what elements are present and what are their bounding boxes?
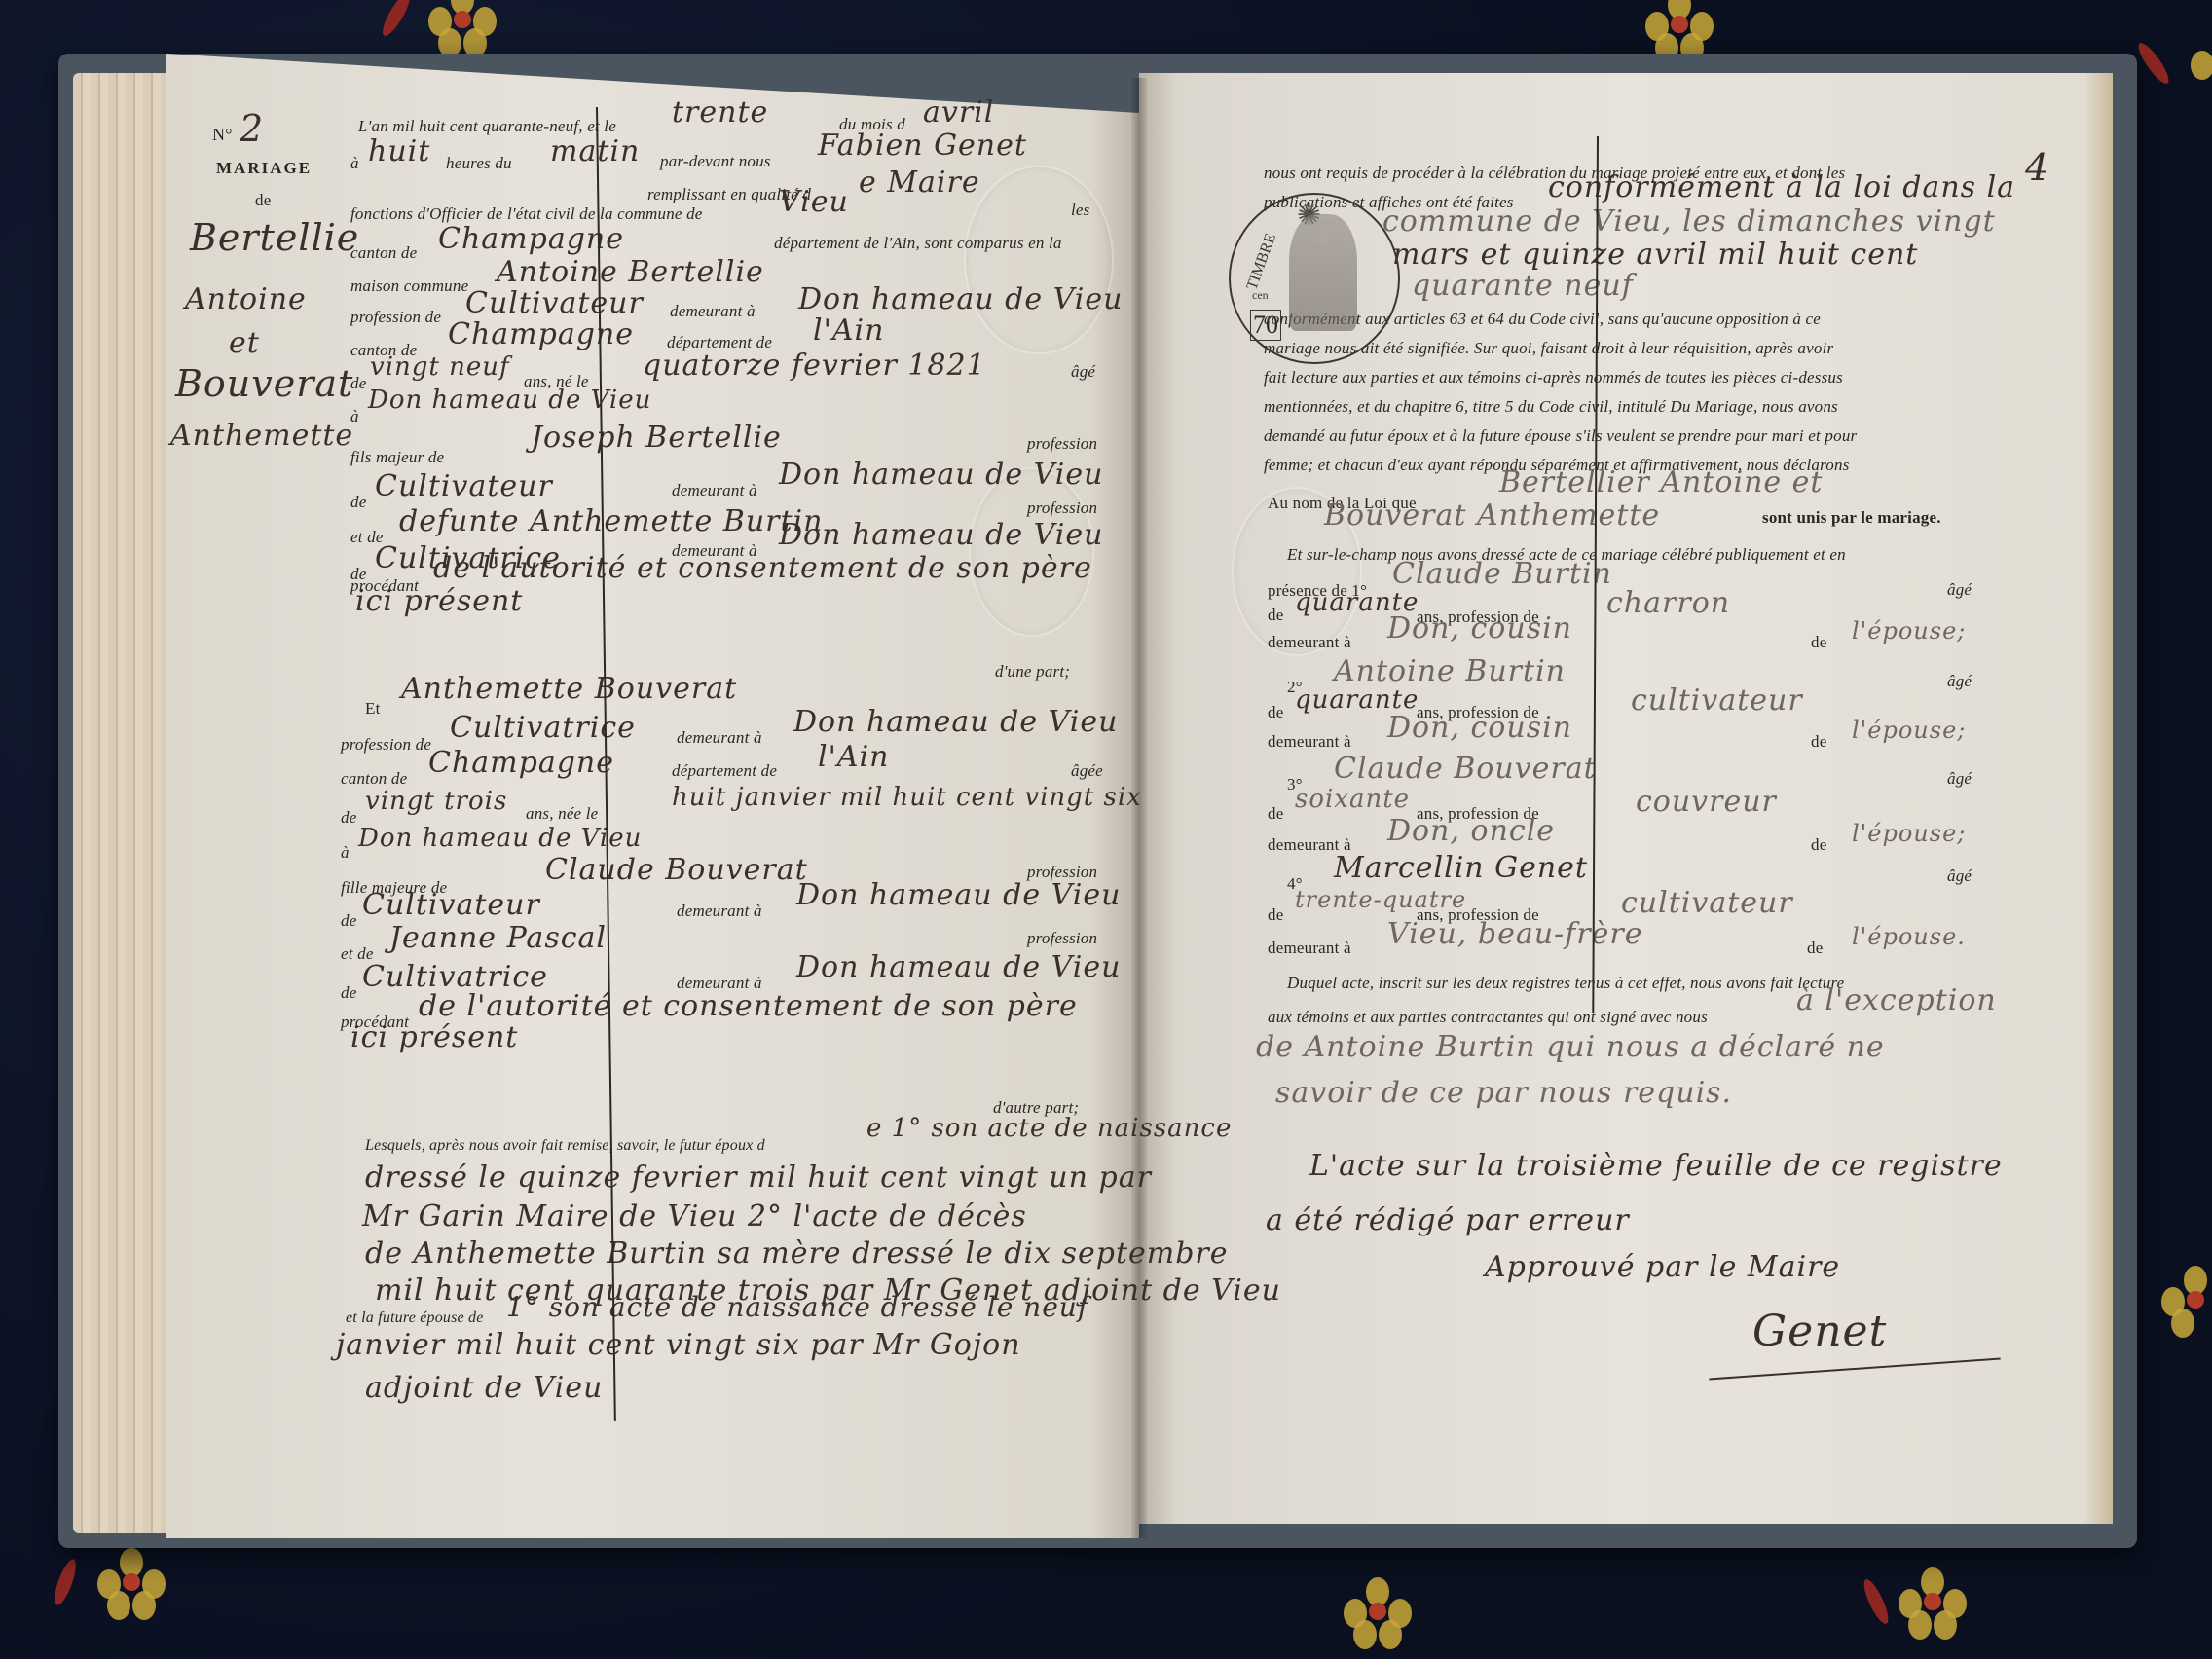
print-text: Lesquels, après nous avoir fait remise, … bbox=[365, 1137, 765, 1155]
print-text: mentionnées, et du chapitre 6, titre 5 d… bbox=[1264, 397, 1838, 417]
print-text: demeurant à bbox=[677, 728, 762, 748]
handwritten-documents: dressé le quinze fevrier mil huit cent v… bbox=[365, 1161, 1152, 1195]
handwritten-residence: Don hameau de Vieu bbox=[779, 518, 1103, 552]
handwritten-birth-date: huit janvier mil huit cent vingt six bbox=[672, 783, 1142, 812]
handwritten-consent: de l'autorité et consentement de son pèr… bbox=[419, 989, 1078, 1023]
handwritten-profession: Cultivatrice bbox=[450, 711, 636, 745]
handwritten-groom-name: Antoine Bertellie bbox=[497, 255, 764, 289]
handwritten-residence: Don hameau de Vieu bbox=[779, 458, 1103, 492]
print-text: de bbox=[1807, 939, 1823, 958]
handwritten-father-name: Joseph Bertellie bbox=[531, 421, 782, 455]
handwritten-residence: Don hameau de Vieu bbox=[796, 878, 1121, 912]
print-text: demeurant à bbox=[677, 902, 762, 921]
stamp-unit: cen bbox=[1252, 288, 1269, 303]
handwritten-birth-date: quatorze fevrier 1821 bbox=[643, 349, 986, 383]
embroidered-flower-decoration bbox=[1899, 1567, 1967, 1636]
print-text: d'une part; bbox=[995, 662, 1070, 682]
act-type-heading: MARIAGE bbox=[216, 159, 312, 178]
handwritten-birthplace: Don hameau de Vieu bbox=[368, 386, 651, 415]
handwritten-age: vingt neuf bbox=[370, 352, 510, 382]
print-text: de bbox=[341, 983, 356, 1003]
seated-justice-figure-icon bbox=[1289, 214, 1357, 331]
handwritten-groom-name: Bertellier Antoine et bbox=[1499, 465, 1823, 499]
handwritten-month: avril bbox=[923, 95, 994, 129]
handwritten-witness-name: Claude Burtin bbox=[1392, 557, 1612, 591]
margin-groom-surname: Bertellie bbox=[190, 216, 359, 259]
handwritten-publications: quarante neuf bbox=[1412, 269, 1634, 303]
handwritten-witness-residence: Don, oncle bbox=[1387, 814, 1555, 848]
print-text: sont unis par le mariage. bbox=[1762, 508, 1941, 528]
handwritten-publications: mars et quinze avril mil huit cent bbox=[1392, 238, 1918, 272]
embroidered-flower-decoration bbox=[2161, 1266, 2212, 1334]
print-text: par-devant nous bbox=[660, 152, 771, 171]
handwritten-canton: Champagne bbox=[438, 222, 624, 256]
page-number: 4 bbox=[2025, 146, 2049, 189]
embroidered-flower-decoration bbox=[1344, 1577, 1412, 1645]
handwritten-relation: l'épouse; bbox=[1852, 717, 1966, 744]
print-text: de bbox=[1268, 703, 1283, 722]
act-number: 2 bbox=[240, 107, 264, 150]
print-text: département de bbox=[672, 761, 777, 781]
print-text: âgé bbox=[1947, 769, 1972, 789]
handwritten-publications: conformément à la loi dans la bbox=[1548, 170, 2015, 204]
handwritten-witness-name: Marcellin Genet bbox=[1334, 851, 1588, 885]
print-text: L'an mil huit cent quarante-neuf, et le bbox=[358, 117, 616, 136]
handwritten-witness-name: Antoine Burtin bbox=[1334, 654, 1566, 688]
handwritten-correction-note: a été rédigé par erreur bbox=[1266, 1203, 1630, 1237]
print-text: canton de bbox=[350, 243, 417, 263]
print-text: département de l'Ain, sont comparus en l… bbox=[774, 234, 1062, 253]
print-text: de bbox=[341, 808, 356, 828]
embroidered-flower-decoration bbox=[2191, 29, 2212, 97]
print-text: demeurant à bbox=[670, 302, 756, 321]
print-text: profession bbox=[1027, 498, 1097, 518]
print-text: à bbox=[341, 843, 350, 863]
handwritten-documents: 1° son acte de naissance dressé le neuf bbox=[506, 1291, 1088, 1323]
handwritten-hour: huit bbox=[368, 134, 430, 168]
handwritten-profession: Cultivateur bbox=[465, 286, 644, 320]
handwritten-birthplace: Don hameau de Vieu bbox=[358, 824, 642, 853]
margin-de: de bbox=[255, 191, 271, 210]
handwritten-department: l'Ain bbox=[818, 740, 889, 774]
handwritten-witness-profession: couvreur bbox=[1636, 785, 1777, 819]
handwritten-time: matin bbox=[550, 134, 640, 168]
handwritten-bride-name: Anthemette Bouverat bbox=[401, 672, 737, 706]
print-text: les bbox=[1071, 201, 1089, 220]
handwritten-documents: adjoint de Vieu bbox=[365, 1371, 603, 1405]
handwritten-profession: Cultivateur bbox=[362, 888, 540, 922]
margin-groom-given: Antoine bbox=[185, 282, 307, 316]
handwritten-residence: Don hameau de Vieu bbox=[796, 950, 1121, 984]
handwritten-present: ici présent bbox=[350, 1020, 518, 1054]
print-text: demandé au futur époux et à la future ép… bbox=[1264, 426, 1857, 446]
print-text: de bbox=[1268, 905, 1283, 925]
tax-stamp: ✺ TIMBRE cen 70 bbox=[1229, 193, 1400, 364]
print-text: et la future épouse de bbox=[346, 1309, 484, 1327]
stamp-value: 70 bbox=[1250, 310, 1281, 341]
mayor-signature: Genet bbox=[1752, 1307, 1887, 1356]
print-text: Et bbox=[365, 699, 381, 719]
handwritten-documents: janvier mil huit cent vingt six par Mr G… bbox=[336, 1328, 1021, 1362]
print-text: ans, née le bbox=[526, 804, 598, 824]
handwritten-age: vingt trois bbox=[365, 787, 507, 816]
handwritten-exception: de Antoine Burtin qui nous a déclaré ne bbox=[1256, 1030, 1885, 1064]
handwritten-residence: Don hameau de Vieu bbox=[793, 705, 1118, 739]
print-text: de bbox=[341, 911, 356, 931]
print-text: canton de bbox=[341, 769, 407, 789]
embossed-seal bbox=[964, 166, 1114, 354]
handwritten-witness-name: Claude Bouverat bbox=[1334, 752, 1597, 786]
print-text: de bbox=[1811, 835, 1826, 855]
handwritten-witness-age: soixante bbox=[1295, 785, 1410, 814]
handwritten-correction-note: L'acte sur la troisième feuille de ce re… bbox=[1309, 1149, 2003, 1183]
print-text: de bbox=[1268, 606, 1283, 625]
print-text: maison commune bbox=[350, 276, 468, 296]
handwritten-residence: Don hameau de Vieu bbox=[798, 282, 1123, 316]
handwritten-relation: l'épouse; bbox=[1852, 617, 1966, 645]
handwritten-officer-name: Fabien Genet bbox=[818, 129, 1027, 163]
handwritten-title: e Maire bbox=[859, 166, 980, 200]
print-text: profession de bbox=[350, 308, 441, 327]
handwritten-relation: l'épouse; bbox=[1852, 820, 1966, 847]
print-text: demeurant à bbox=[1268, 633, 1351, 652]
print-text: demeurant à bbox=[1268, 732, 1351, 752]
handwritten-department: l'Ain bbox=[813, 313, 884, 348]
handwritten-documents: e 1° son acte de naissance bbox=[866, 1114, 1232, 1143]
print-text: demeurant à bbox=[672, 481, 757, 500]
margin-bride-surname: Bouverat bbox=[175, 362, 353, 405]
embroidered-flower-decoration bbox=[1645, 0, 1714, 58]
handwritten-day: trente bbox=[672, 95, 768, 129]
handwritten-publications: commune de Vieu, les dimanches vingt bbox=[1382, 204, 1996, 239]
handwritten-documents: de Anthemette Burtin sa mère dressé le d… bbox=[365, 1236, 1229, 1271]
handwritten-witness-profession: cultivateur bbox=[1631, 683, 1803, 718]
handwritten-bride-name: Bouverat Anthemette bbox=[1324, 498, 1660, 533]
print-text: profession bbox=[1027, 929, 1097, 948]
margin-bride-given: Anthemette bbox=[170, 419, 353, 453]
handwritten-exception: savoir de ce par nous requis. bbox=[1275, 1076, 1732, 1110]
handwritten-consent: de l'autorité et consentement de son pèr… bbox=[433, 551, 1092, 585]
handwritten-commune: Vieu bbox=[779, 185, 849, 219]
print-text: âgé bbox=[1947, 580, 1972, 600]
print-text: demeurant à bbox=[1268, 939, 1351, 958]
print-text: de bbox=[350, 374, 366, 393]
handwritten-witness-profession: charron bbox=[1606, 586, 1730, 620]
print-text: fonctions d'Officier de l'état civil de … bbox=[350, 204, 703, 224]
print-text: âgé bbox=[1071, 362, 1095, 382]
handwritten-father-name: Claude Bouverat bbox=[545, 853, 808, 887]
print-text: de bbox=[1811, 732, 1826, 752]
print-text: à bbox=[350, 407, 359, 426]
print-text: profession bbox=[1027, 434, 1097, 454]
print-text: fait lecture aux parties et aux témoins … bbox=[1264, 368, 1843, 387]
embroidered-flower-decoration bbox=[97, 1548, 166, 1616]
handwritten-present: ici présent bbox=[355, 584, 523, 618]
handwritten-approval: Approuvé par le Maire bbox=[1485, 1250, 1840, 1284]
handwritten-profession: Cultivateur bbox=[375, 469, 553, 503]
handwritten-documents: Mr Garin Maire de Vieu 2° l'acte de décè… bbox=[362, 1199, 1027, 1234]
print-text: de bbox=[350, 493, 366, 512]
page-edges bbox=[73, 73, 180, 1533]
margin-et: et bbox=[229, 326, 260, 360]
print-text: à bbox=[350, 154, 359, 173]
handwritten-witness-residence: Don, cousin bbox=[1387, 711, 1572, 745]
print-text: âgé bbox=[1947, 672, 1972, 691]
act-number-label: N° bbox=[212, 125, 233, 145]
print-text: aux témoins et aux parties contractantes… bbox=[1268, 1008, 1708, 1027]
handwritten-witness-residence: Don, cousin bbox=[1387, 611, 1572, 645]
handwritten-relation: l'épouse. bbox=[1852, 923, 1966, 950]
handwritten-canton: Champagne bbox=[448, 317, 634, 351]
stamp-label: TIMBRE bbox=[1243, 232, 1280, 293]
print-text: heures du bbox=[446, 154, 512, 173]
handwritten-mother-name: Jeanne Pascal bbox=[389, 921, 607, 955]
print-text: fils majeur de bbox=[350, 448, 444, 467]
print-text: âgée bbox=[1071, 761, 1103, 781]
print-text: Duquel acte, inscrit sur les deux regist… bbox=[1287, 974, 1844, 993]
print-text: de bbox=[1811, 633, 1826, 652]
handwritten-witness-residence: Vieu, beau-frère bbox=[1387, 917, 1642, 951]
print-text: de bbox=[1268, 804, 1283, 824]
handwritten-exception: à l'exception bbox=[1796, 983, 1997, 1017]
print-text: profession de bbox=[341, 735, 431, 755]
handwritten-canton: Champagne bbox=[428, 746, 614, 780]
handwritten-witness-profession: cultivateur bbox=[1621, 886, 1793, 920]
embroidered-flower-decoration bbox=[428, 0, 497, 54]
print-text: âgé bbox=[1947, 866, 1972, 886]
handwritten-mother-name: defunte Anthemette Burtin bbox=[399, 504, 823, 538]
